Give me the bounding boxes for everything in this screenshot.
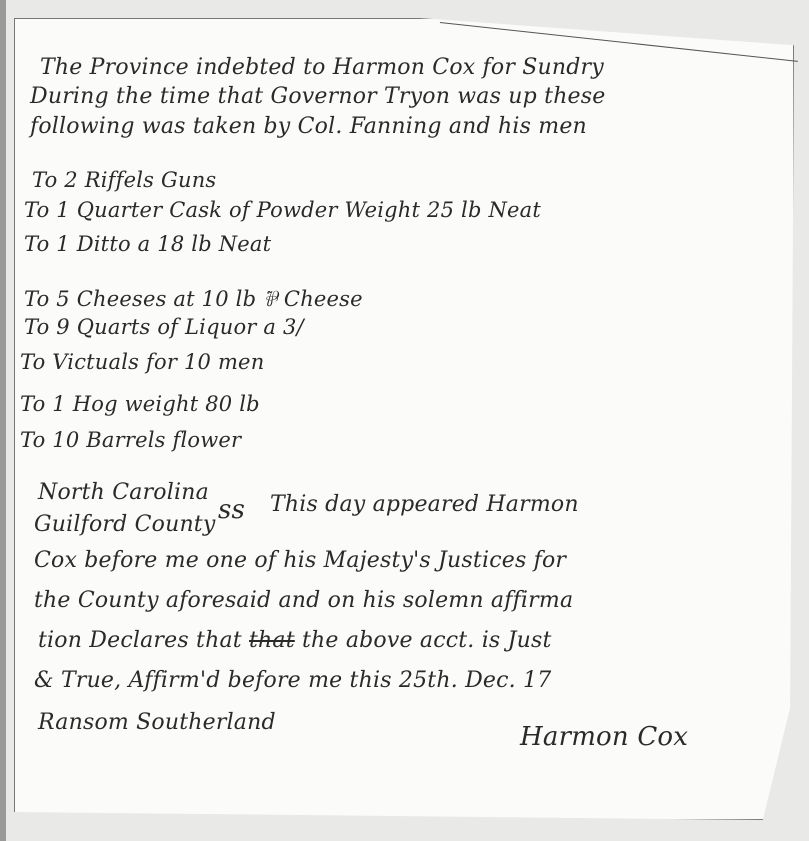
- claimant-signature: Harmon Cox: [520, 722, 688, 752]
- heading-line-3: following was taken by Col. Fanning and …: [30, 114, 587, 139]
- affidavit-line-3: the County aforesaid and on his solemn a…: [34, 588, 573, 613]
- item-line: To 1 Quarter Cask of Powder Weight 25 lb…: [24, 198, 541, 222]
- item-line: To 1 Ditto a 18 lb Neat: [24, 232, 271, 256]
- affidavit-text: the above acct. is Just: [302, 628, 552, 653]
- venue-ss-mark: ss: [218, 495, 245, 525]
- affidavit-line-4: tion Declares that that the above acct. …: [38, 628, 552, 653]
- struck-word: that: [249, 628, 295, 653]
- scan-edge: [0, 0, 6, 841]
- justice-signature: Ransom Southerland: [38, 710, 276, 735]
- affidavit-line-2: Cox before me one of his Majesty's Justi…: [34, 548, 566, 573]
- item-line: To 5 Cheeses at 10 lb ⅌ Cheese: [24, 285, 363, 313]
- heading-line-1: The Province indebted to Harmon Cox for …: [40, 55, 604, 80]
- venue-state: North Carolina: [38, 480, 209, 505]
- item-line: To 1 Hog weight 80 lb: [20, 392, 260, 416]
- affidavit-text: tion Declares that: [38, 628, 242, 653]
- affidavit-line-1: This day appeared Harmon: [270, 492, 579, 517]
- venue-county: Guilford County: [34, 512, 215, 537]
- item-line: To 9 Quarts of Liquor a 3/: [24, 315, 304, 339]
- item-line: To 2 Riffels Guns: [32, 168, 216, 192]
- affidavit-line-5: & True, Affirm'd before me this 25th. De…: [34, 668, 551, 693]
- item-line: To Victuals for 10 men: [20, 350, 264, 374]
- heading-line-2: During the time that Governor Tryon was …: [30, 84, 606, 109]
- item-line: To 10 Barrels flower: [20, 428, 241, 452]
